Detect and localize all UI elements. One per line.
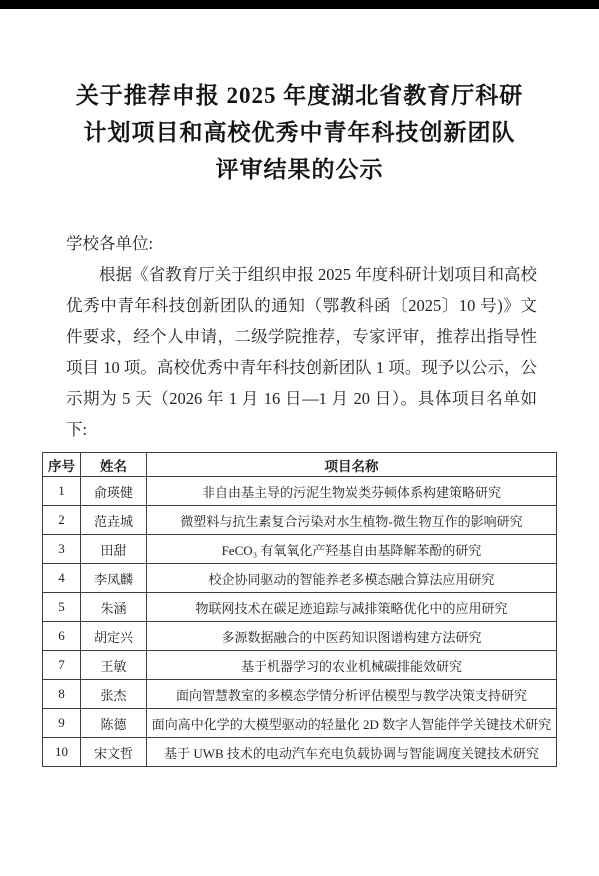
name-cell: 宋文哲 — [81, 738, 147, 767]
table-row: 5 朱涵 物联网技术在碳足迹追踪与减排策略优化中的应用研究 — [43, 593, 557, 622]
project-cell: 非自由基主导的污泥生物炭类芬顿体系构建策略研究 — [147, 477, 557, 506]
name-cell: 李凤麟 — [81, 564, 147, 593]
page-title-line-2: 计划项目和高校优秀中青年科技创新团队 — [0, 114, 599, 151]
name-cell: 陈德 — [81, 709, 147, 738]
project-cell: 基于 UWB 技术的电动汽车充电负载协调与智能调度关键技术研究 — [147, 738, 557, 767]
table-row: 3 田甜 FeCO₃ 有氧氧化产羟基自由基降解苯酚的研究 — [43, 535, 557, 564]
table-row: 2 范垚城 微塑料与抗生素复合污染对水生植物-微生物互作的影响研究 — [43, 506, 557, 535]
name-cell: 朱涵 — [81, 593, 147, 622]
row-index-cell: 1 — [43, 477, 81, 506]
project-cell: 微塑料与抗生素复合污染对水生植物-微生物互作的影响研究 — [147, 506, 557, 535]
notice-paragraph: 根据《省教育厅关于组织申报 2025 年度科研计划项目和高校优秀中青年科技创新团… — [66, 259, 537, 445]
project-cell: 多源数据融合的中医药知识图谱构建方法研究 — [147, 622, 557, 651]
row-index-cell: 6 — [43, 622, 81, 651]
salutation: 学校各单位: — [66, 228, 537, 259]
page-title-line-3: 评审结果的公示 — [0, 151, 599, 188]
row-index-cell: 5 — [43, 593, 81, 622]
name-cell: 张杰 — [81, 680, 147, 709]
name-cell: 范垚城 — [81, 506, 147, 535]
header-cell-project: 项目名称 — [147, 453, 557, 477]
row-index-cell: 10 — [43, 738, 81, 767]
name-cell: 胡定兴 — [81, 622, 147, 651]
table-row: 8 张杰 面向智慧教室的多模态学情分析评估模型与教学决策支持研究 — [43, 680, 557, 709]
table-row: 1 俞瑛健 非自由基主导的污泥生物炭类芬顿体系构建策略研究 — [43, 477, 557, 506]
project-cell: 面向智慧教室的多模态学情分析评估模型与教学决策支持研究 — [147, 680, 557, 709]
project-cell: 面向高中化学的大模型驱动的轻量化 2D 数字人智能伴学关键技术研究 — [147, 709, 557, 738]
table-header-row: 序号 姓名 项目名称 — [43, 453, 557, 477]
name-cell: 王敏 — [81, 651, 147, 680]
table-row: 4 李凤麟 校企协同驱动的智能养老多模态融合算法应用研究 — [43, 564, 557, 593]
table-row: 9 陈德 面向高中化学的大模型驱动的轻量化 2D 数字人智能伴学关键技术研究 — [43, 709, 557, 738]
document-body: 学校各单位: 根据《省教育厅关于组织申报 2025 年度科研计划项目和高校优秀中… — [66, 228, 537, 445]
project-cell: 物联网技术在碳足迹追踪与减排策略优化中的应用研究 — [147, 593, 557, 622]
page-title: 关于推荐申报 2025 年度湖北省教育厅科研 计划项目和高校优秀中青年科技创新团… — [0, 77, 599, 188]
table-row: 10 宋文哲 基于 UWB 技术的电动汽车充电负载协调与智能调度关键技术研究 — [43, 738, 557, 767]
project-roster-table: 序号 姓名 项目名称 1 俞瑛健 非自由基主导的污泥生物炭类芬顿体系构建策略研究… — [42, 452, 557, 767]
name-cell: 俞瑛健 — [81, 477, 147, 506]
row-index-cell: 3 — [43, 535, 81, 564]
page-title-line-1: 关于推荐申报 2025 年度湖北省教育厅科研 — [0, 77, 599, 114]
row-index-cell: 7 — [43, 651, 81, 680]
row-index-cell: 9 — [43, 709, 81, 738]
project-cell: 校企协同驱动的智能养老多模态融合算法应用研究 — [147, 564, 557, 593]
table-row: 7 王敏 基于机器学习的农业机械碳排能效研究 — [43, 651, 557, 680]
row-index-cell: 2 — [43, 506, 81, 535]
project-cell: 基于机器学习的农业机械碳排能效研究 — [147, 651, 557, 680]
table-row: 6 胡定兴 多源数据融合的中医药知识图谱构建方法研究 — [43, 622, 557, 651]
header-cell-name: 姓名 — [81, 453, 147, 477]
scan-top-bar — [0, 0, 599, 9]
project-cell: FeCO₃ 有氧氧化产羟基自由基降解苯酚的研究 — [147, 535, 557, 564]
header-cell-no: 序号 — [43, 453, 81, 477]
name-cell: 田甜 — [81, 535, 147, 564]
row-index-cell: 4 — [43, 564, 81, 593]
row-index-cell: 8 — [43, 680, 81, 709]
